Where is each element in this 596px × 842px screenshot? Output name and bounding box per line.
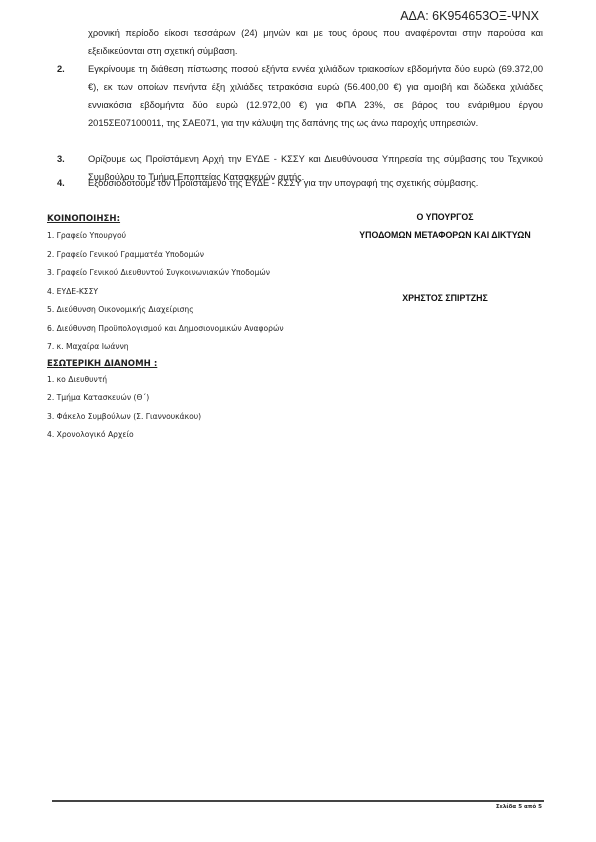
list-item: 3. Γραφείο Γενικού Διευθυντού Συγκοινωνι… xyxy=(47,264,284,283)
paragraph-continuation: χρονική περίοδο είκοσι τεσσάρων (24) μην… xyxy=(52,24,543,60)
list-item: 2. Γραφείο Γενικού Γραμματέα Υποδομών xyxy=(47,246,284,265)
item-text: Εξουσιοδοτούμε τον Προϊστάμενο της ΕΥΔΕ … xyxy=(88,174,543,192)
signature-name: ΧΡΗΣΤΟΣ ΣΠΙΡΤΖΗΣ xyxy=(320,293,570,303)
decision-item-2: 2. Εγκρίνουμε τη διάθεση πίστωσης ποσού … xyxy=(52,60,543,132)
list-item: 6. Διεύθυνση Προϋπολογισμού και Δημοσιον… xyxy=(47,320,284,339)
item-number: 4. xyxy=(57,174,65,192)
notification-title: ΚΟΙΝΟΠΟΙΗΣΗ: xyxy=(47,211,284,227)
list-item: 1. Γραφείο Υπουργού xyxy=(47,227,284,246)
notification-list: ΚΟΙΝΟΠΟΙΗΣΗ: 1. Γραφείο Υπουργού 2. Γραφ… xyxy=(47,211,284,445)
footer-divider xyxy=(52,800,544,802)
ada-code: ΑΔΑ: 6Κ954653ΟΞ-ΨΝΧ xyxy=(400,9,539,23)
list-item: 4. Χρονολογικό Αρχείο xyxy=(47,426,284,445)
item-number: 2. xyxy=(57,60,65,78)
item-text: Εγκρίνουμε τη διάθεση πίστωσης ποσού εξή… xyxy=(88,60,543,132)
decision-item-4: 4. Εξουσιοδοτούμε τον Προϊστάμενο της ΕΥ… xyxy=(52,174,543,192)
list-item: 2. Τμήμα Κατασκευών (Θ΄) xyxy=(47,389,284,408)
list-item: 7. κ. Μαχαίρα Ιωάννη xyxy=(47,338,284,357)
list-item: 3. Φάκελο Συμβούλων (Σ. Γιαννουκάκου) xyxy=(47,408,284,427)
signature-ministry: ΥΠΟΔΟΜΩΝ ΜΕΤΑΦΟΡΩΝ ΚΑΙ ΔΙΚΤΥΩΝ xyxy=(320,230,570,240)
internal-distribution-title: ΕΣΩΤΕΡΙΚΗ ΔΙΑΝΟΜΗ : xyxy=(47,357,284,371)
list-item: 1. κο Διευθυντή xyxy=(47,371,284,390)
page-number: Σελίδα 5 από 5 xyxy=(496,804,542,810)
item-number: 3. xyxy=(57,150,65,168)
signature-role: Ο ΥΠΟΥΡΓΟΣ xyxy=(320,212,570,222)
list-item: 4. ΕΥΔΕ-ΚΣΣΥ xyxy=(47,283,284,302)
list-item: 5. Διεύθυνση Οικονομικής Διαχείρισης xyxy=(47,301,284,320)
